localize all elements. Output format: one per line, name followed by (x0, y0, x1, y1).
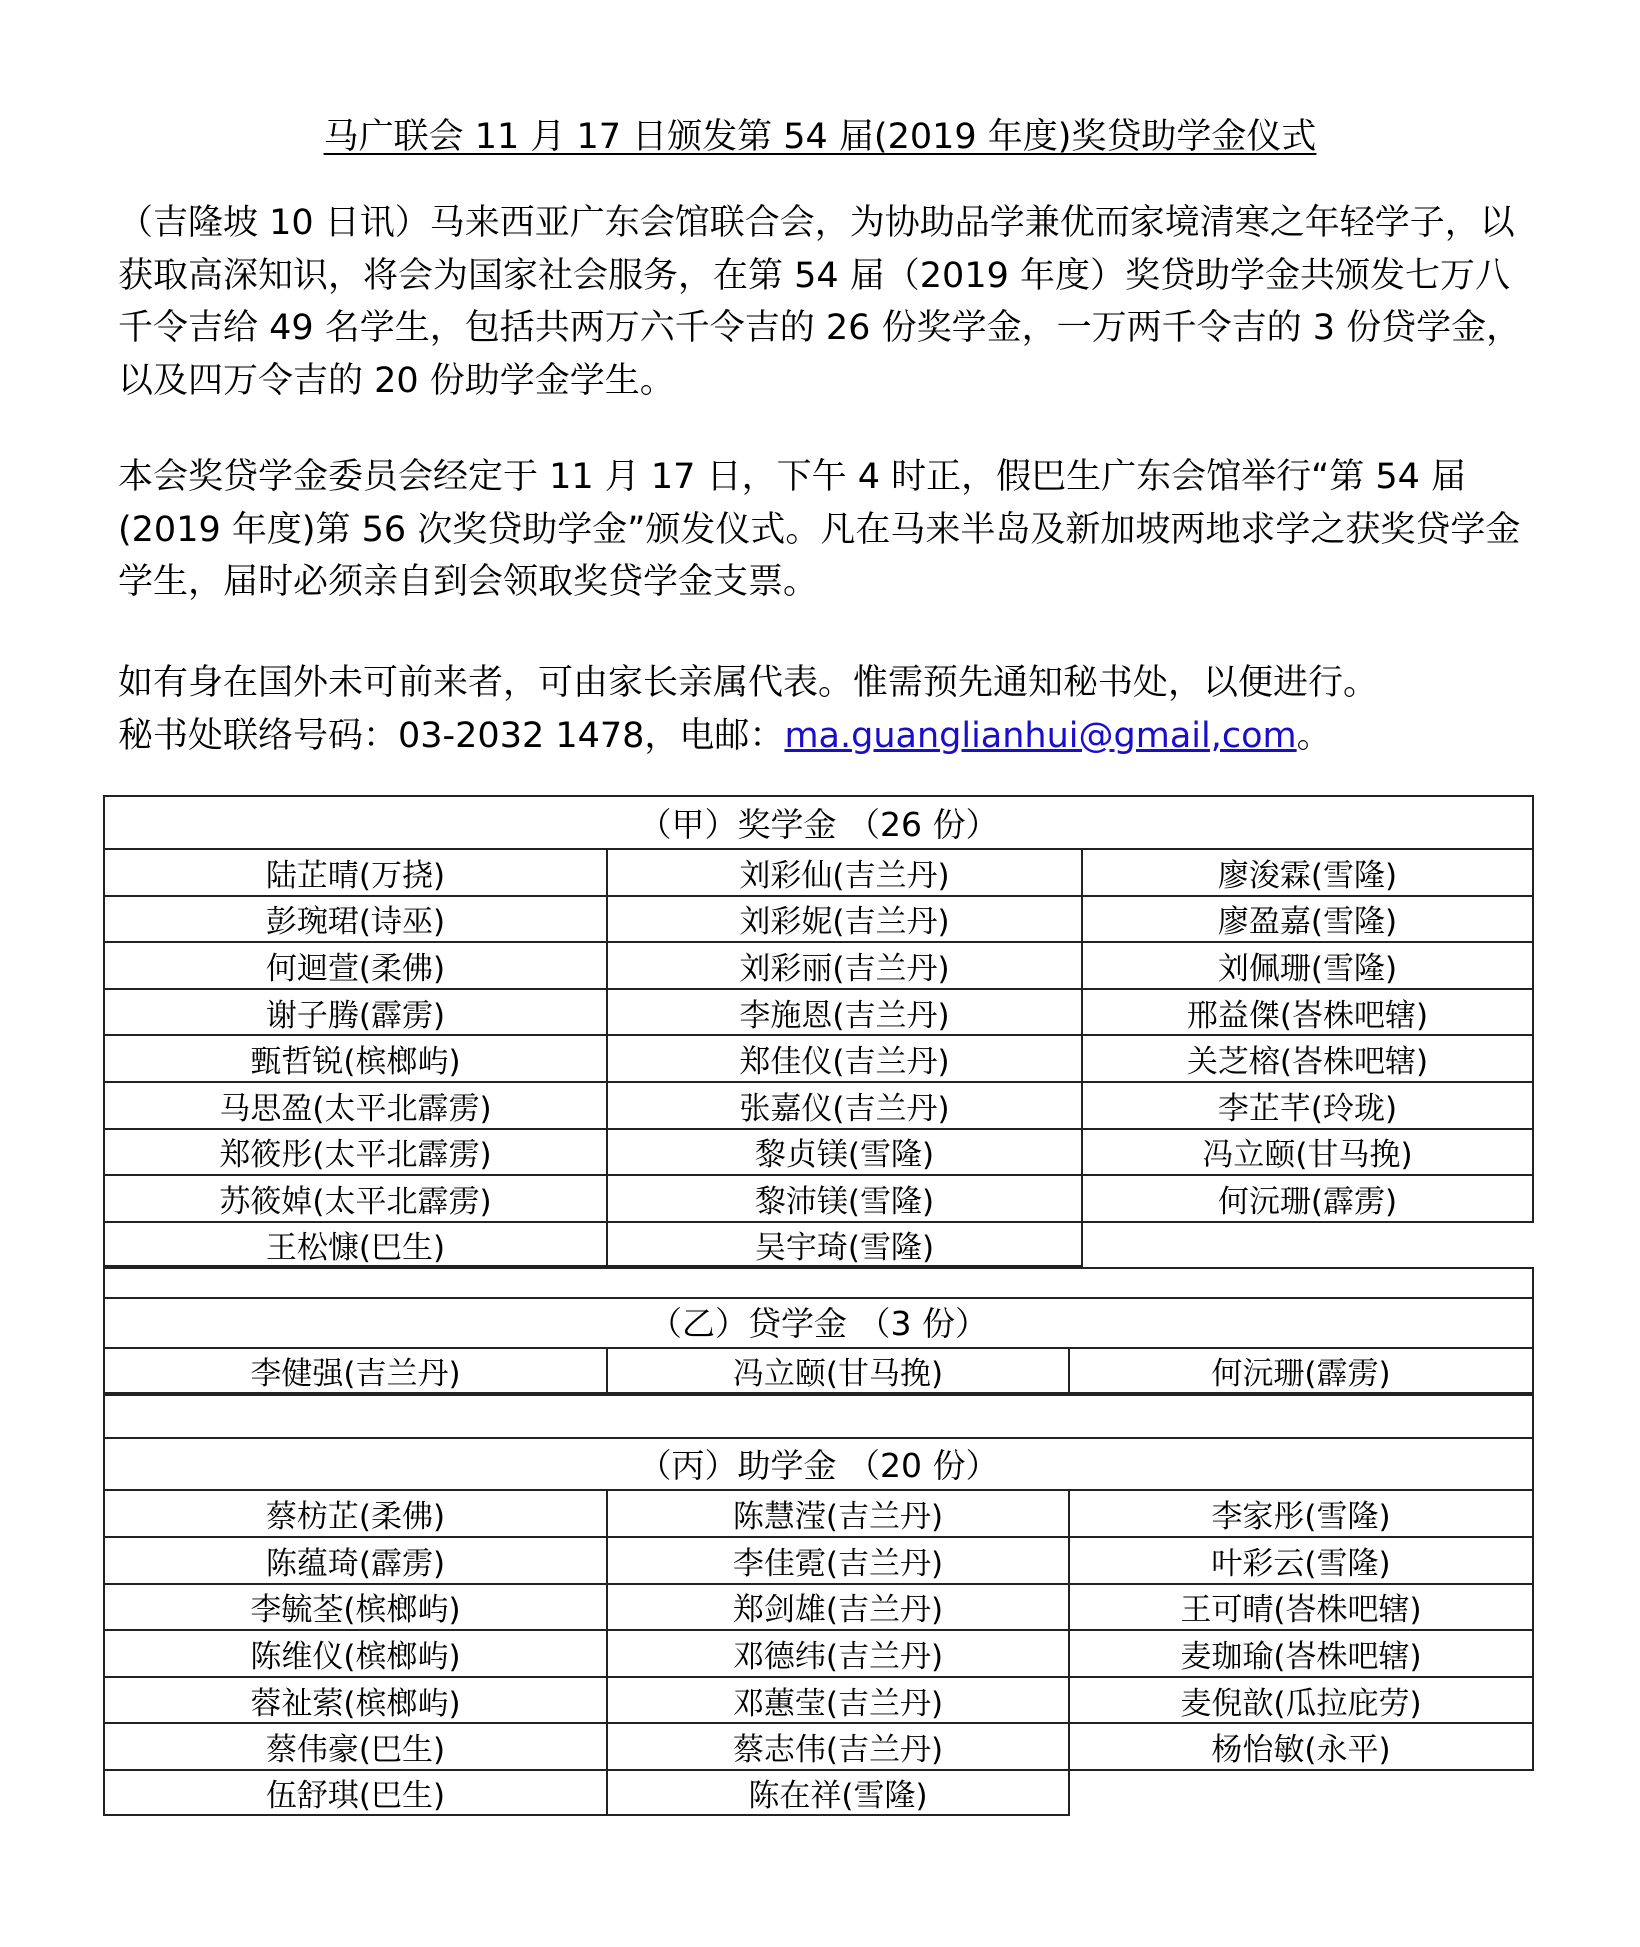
recipient-cell: 何沅珊(霹雳) (1081, 1174, 1534, 1221)
table-row: 蔡枋芷(柔佛)陈慧滢(吉兰丹)李家彤(雪隆) (103, 1489, 1534, 1536)
recipient-cell: 郑佳仪(吉兰丹) (606, 1034, 1081, 1081)
recipient-cell: 黎沛镁(雪隆) (606, 1174, 1081, 1221)
recipient-cell: 刘佩珊(雪隆) (1081, 941, 1534, 988)
recipient-cell: 张嘉仪(吉兰丹) (606, 1081, 1081, 1128)
table-row: 谢子腾(霹雳)李施恩(吉兰丹)邢益傑(峇株吧辖) (103, 988, 1534, 1035)
recipient-cell: 苏筱婥(太平北霹雳) (103, 1174, 606, 1221)
recipient-cell: 何沅珊(霹雳) (1068, 1347, 1534, 1394)
recipient-cell: 廖盈嘉(雪隆) (1081, 895, 1534, 942)
section-loan-rows: 李健强(吉兰丹)冯立颐(甘马挽)何沅珊(霹雳) (103, 1347, 1534, 1394)
table-row: 陆芷晴(万挠)刘彩仙(吉兰丹)廖浚霖(雪隆) (103, 848, 1534, 895)
contact-note: 如有身在国外未可前来者，可由家长亲属代表。惟需预先通知秘书处，以便进行。 (118, 657, 1538, 710)
recipient-cell: 李毓荃(槟榔屿) (103, 1583, 606, 1630)
recipient-cell: 刘彩仙(吉兰丹) (606, 848, 1081, 895)
table-row: 何迴萱(柔佛)刘彩丽(吉兰丹)刘佩珊(雪隆) (103, 941, 1534, 988)
recipient-cell: 郑剑雄(吉兰丹) (606, 1583, 1068, 1630)
recipient-cell: 关芝榕(峇株吧辖) (1081, 1034, 1534, 1081)
recipient-cell: 李施恩(吉兰丹) (606, 988, 1081, 1035)
recipient-cell: 陈在祥(雪隆) (606, 1769, 1068, 1816)
recipient-cell: 叶彩云(雪隆) (1068, 1536, 1534, 1583)
recipient-cell: 李芷芊(玲珑) (1081, 1081, 1534, 1128)
recipient-cell: 邓蕙莹(吉兰丹) (606, 1676, 1068, 1723)
recipient-cell: 蔡志伟(吉兰丹) (606, 1722, 1068, 1769)
recipient-cell: 杨怡敏(永平) (1068, 1722, 1534, 1769)
table-row: 王松慷(巴生)吴宇琦(雪隆) (103, 1221, 1534, 1268)
table-row: 李健强(吉兰丹)冯立颐(甘马挽)何沅珊(霹雳) (103, 1347, 1534, 1394)
recipient-cell: 何迴萱(柔佛) (103, 941, 606, 988)
table-row: 陈蕴琦(霹雳)李佳霓(吉兰丹)叶彩云(雪隆) (103, 1536, 1534, 1583)
recipient-cell: 甄哲锐(槟榔屿) (103, 1034, 606, 1081)
contact-prefix: 秘书处联络号码：03-2032 1478，电邮： (118, 716, 784, 756)
empty-cell (1068, 1769, 1534, 1816)
recipient-cell: 李佳霓(吉兰丹) (606, 1536, 1068, 1583)
recipient-cell: 邢益傑(峇株吧辖) (1081, 988, 1534, 1035)
email-link[interactable]: ma.guanglianhui@gmail,com (784, 716, 1296, 756)
recipient-cell: 陆芷晴(万挠) (103, 848, 606, 895)
recipient-cell: 冯立颐(甘马挽) (606, 1347, 1068, 1394)
section-grant-rows: 蔡枋芷(柔佛)陈慧滢(吉兰丹)李家彤(雪隆)陈蕴琦(霹雳)李佳霓(吉兰丹)叶彩云… (103, 1489, 1534, 1815)
table-row: 郑筱彤(太平北霹雳)黎贞镁(雪隆)冯立颐(甘马挽) (103, 1128, 1534, 1175)
recipient-cell: 谢子腾(霹雳) (103, 988, 606, 1035)
recipient-cell: 王松慷(巴生) (103, 1221, 606, 1268)
recipient-cell: 彭琬珺(诗巫) (103, 895, 606, 942)
table-row: 甄哲锐(槟榔屿)郑佳仪(吉兰丹)关芝榕(峇株吧辖) (103, 1034, 1534, 1081)
recipient-cell: 黎贞镁(雪隆) (606, 1128, 1081, 1175)
recipient-cell: 刘彩妮(吉兰丹) (606, 895, 1081, 942)
recipients-table: （甲）奖学金 （26 份） 陆芷晴(万挠)刘彩仙(吉兰丹)廖浚霖(雪隆)彭琬珺(… (103, 795, 1534, 1816)
contact-suffix: 。 (1297, 716, 1332, 756)
table-row: 陈维仪(槟榔屿)邓德纬(吉兰丹)麦珈瑜(峇株吧辖) (103, 1629, 1534, 1676)
contact-line: 秘书处联络号码：03-2032 1478，电邮：ma.guanglianhui@… (118, 710, 1538, 763)
recipient-cell: 蔡枋芷(柔佛) (103, 1489, 606, 1536)
section-scholarship-rows: 陆芷晴(万挠)刘彩仙(吉兰丹)廖浚霖(雪隆)彭琬珺(诗巫)刘彩妮(吉兰丹)廖盈嘉… (103, 848, 1534, 1267)
recipient-cell: 麦倪歆(瓜拉庇劳) (1068, 1676, 1534, 1723)
recipient-cell: 陈蕴琦(霹雳) (103, 1536, 606, 1583)
recipient-cell: 邓德纬(吉兰丹) (606, 1629, 1068, 1676)
table-row: 伍舒琪(巴生)陈在祥(雪隆) (103, 1769, 1534, 1816)
document-title: 马广联会 11 月 17 日颁发第 54 届(2019 年度)奖贷助学金仪式 (0, 112, 1640, 162)
paragraph-contact: 如有身在国外未可前来者，可由家长亲属代表。惟需预先通知秘书处，以便进行。 秘书处… (118, 657, 1538, 762)
recipient-cell: 王可晴(峇株吧辖) (1068, 1583, 1534, 1630)
paragraph-ceremony: 本会奖贷学金委员会经定于 11 月 17 日，下午 4 时正，假巴生广东会馆举行… (118, 451, 1538, 609)
recipient-cell: 蓉祉萦(槟榔屿) (103, 1676, 606, 1723)
table-row: 彭琬珺(诗巫)刘彩妮(吉兰丹)廖盈嘉(雪隆) (103, 895, 1534, 942)
table-row: 蓉祉萦(槟榔屿)邓蕙莹(吉兰丹)麦倪歆(瓜拉庇劳) (103, 1676, 1534, 1723)
recipient-cell: 伍舒琪(巴生) (103, 1769, 606, 1816)
empty-cell (1081, 1221, 1534, 1268)
paragraph-intro: （吉隆坡 10 日讯）马来西亚广东会馆联合会，为协助品学兼优而家境清寒之年轻学子… (118, 197, 1538, 407)
recipient-cell: 麦珈瑜(峇株吧辖) (1068, 1629, 1534, 1676)
recipient-cell: 陈慧滢(吉兰丹) (606, 1489, 1068, 1536)
recipient-cell: 李家彤(雪隆) (1068, 1489, 1534, 1536)
section-header-grant: （丙）助学金 （20 份） (103, 1437, 1534, 1489)
recipient-cell: 刘彩丽(吉兰丹) (606, 941, 1081, 988)
section-header-scholarship: （甲）奖学金 （26 份） (103, 795, 1534, 848)
recipient-cell: 马思盈(太平北霹雳) (103, 1081, 606, 1128)
recipient-cell: 冯立颐(甘马挽) (1081, 1128, 1534, 1175)
section-header-loan: （乙）贷学金 （3 份） (103, 1297, 1534, 1347)
table-row: 李毓荃(槟榔屿)郑剑雄(吉兰丹)王可晴(峇株吧辖) (103, 1583, 1534, 1630)
recipient-cell: 廖浚霖(雪隆) (1081, 848, 1534, 895)
recipient-cell: 吴宇琦(雪隆) (606, 1221, 1081, 1268)
table-row: 苏筱婥(太平北霹雳)黎沛镁(雪隆)何沅珊(霹雳) (103, 1174, 1534, 1221)
recipient-cell: 郑筱彤(太平北霹雳) (103, 1128, 606, 1175)
spacer-row (103, 1267, 1534, 1297)
spacer-row (103, 1394, 1534, 1437)
recipient-cell: 蔡伟豪(巴生) (103, 1722, 606, 1769)
recipient-cell: 李健强(吉兰丹) (103, 1347, 606, 1394)
title-text: 马广联会 11 月 17 日颁发第 54 届(2019 年度)奖贷助学金仪式 (324, 117, 1317, 157)
recipient-cell: 陈维仪(槟榔屿) (103, 1629, 606, 1676)
table-row: 蔡伟豪(巴生)蔡志伟(吉兰丹)杨怡敏(永平) (103, 1722, 1534, 1769)
table-row: 马思盈(太平北霹雳)张嘉仪(吉兰丹)李芷芊(玲珑) (103, 1081, 1534, 1128)
